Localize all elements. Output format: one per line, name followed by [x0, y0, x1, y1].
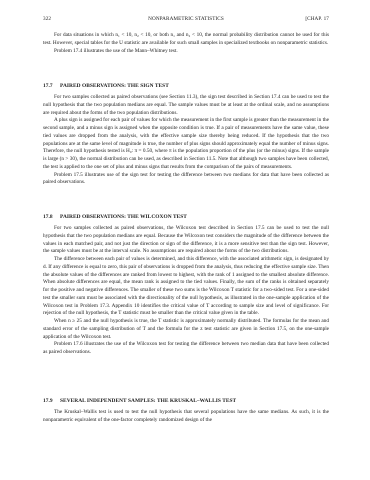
paragraph: Problem 17.5 illustrates use of the sign…: [43, 172, 329, 188]
section-number: 17.9: [43, 398, 60, 404]
paragraph: For data situations in which n₁ < 10, n₂…: [43, 32, 329, 48]
paragraph: For two samples collected as paired obse…: [43, 225, 329, 256]
chapter-label: [CHAP. 17: [305, 16, 329, 22]
paragraph: When n ≥ 25 and the null hypothesis is t…: [43, 318, 329, 341]
section-17-8: 17.8PAIRED OBSERVATIONS: THE WILCOXON TE…: [43, 214, 329, 357]
section-17-9: 17.9SEVERAL INDEPENDENT SAMPLES: THE KRU…: [43, 398, 329, 425]
running-header: 322 NONPARAMETRIC STATISTICS [CHAP. 17: [43, 16, 329, 26]
paragraph: The Kruskal–Wallis test is used to test …: [43, 409, 329, 425]
paragraph: Problem 17.4 illustrates the use of the …: [43, 48, 329, 56]
section-title: PAIRED OBSERVATIONS: THE SIGN TEST: [60, 83, 169, 89]
section-number: 17.8: [43, 214, 60, 220]
section-title: SEVERAL INDEPENDENT SAMPLES: THE KRUSKAL…: [60, 398, 236, 404]
section-title: PAIRED OBSERVATIONS: THE WILCOXON TEST: [60, 214, 187, 220]
intro-block: For data situations in which n₁ < 10, n₂…: [43, 32, 329, 55]
paragraph: Problem 17.6 illustrates the use of the …: [43, 341, 329, 357]
section-17-7: 17.7PAIRED OBSERVATIONS: THE SIGN TEST F…: [43, 83, 329, 187]
paragraph: For two samples collected as paired obse…: [43, 94, 329, 117]
section-number: 17.7: [43, 83, 60, 89]
paragraph: A plus sign is assigned for each pair of…: [43, 117, 329, 171]
running-title: NONPARAMETRIC STATISTICS: [43, 16, 329, 22]
paragraph: The difference between each pair of valu…: [43, 256, 329, 318]
